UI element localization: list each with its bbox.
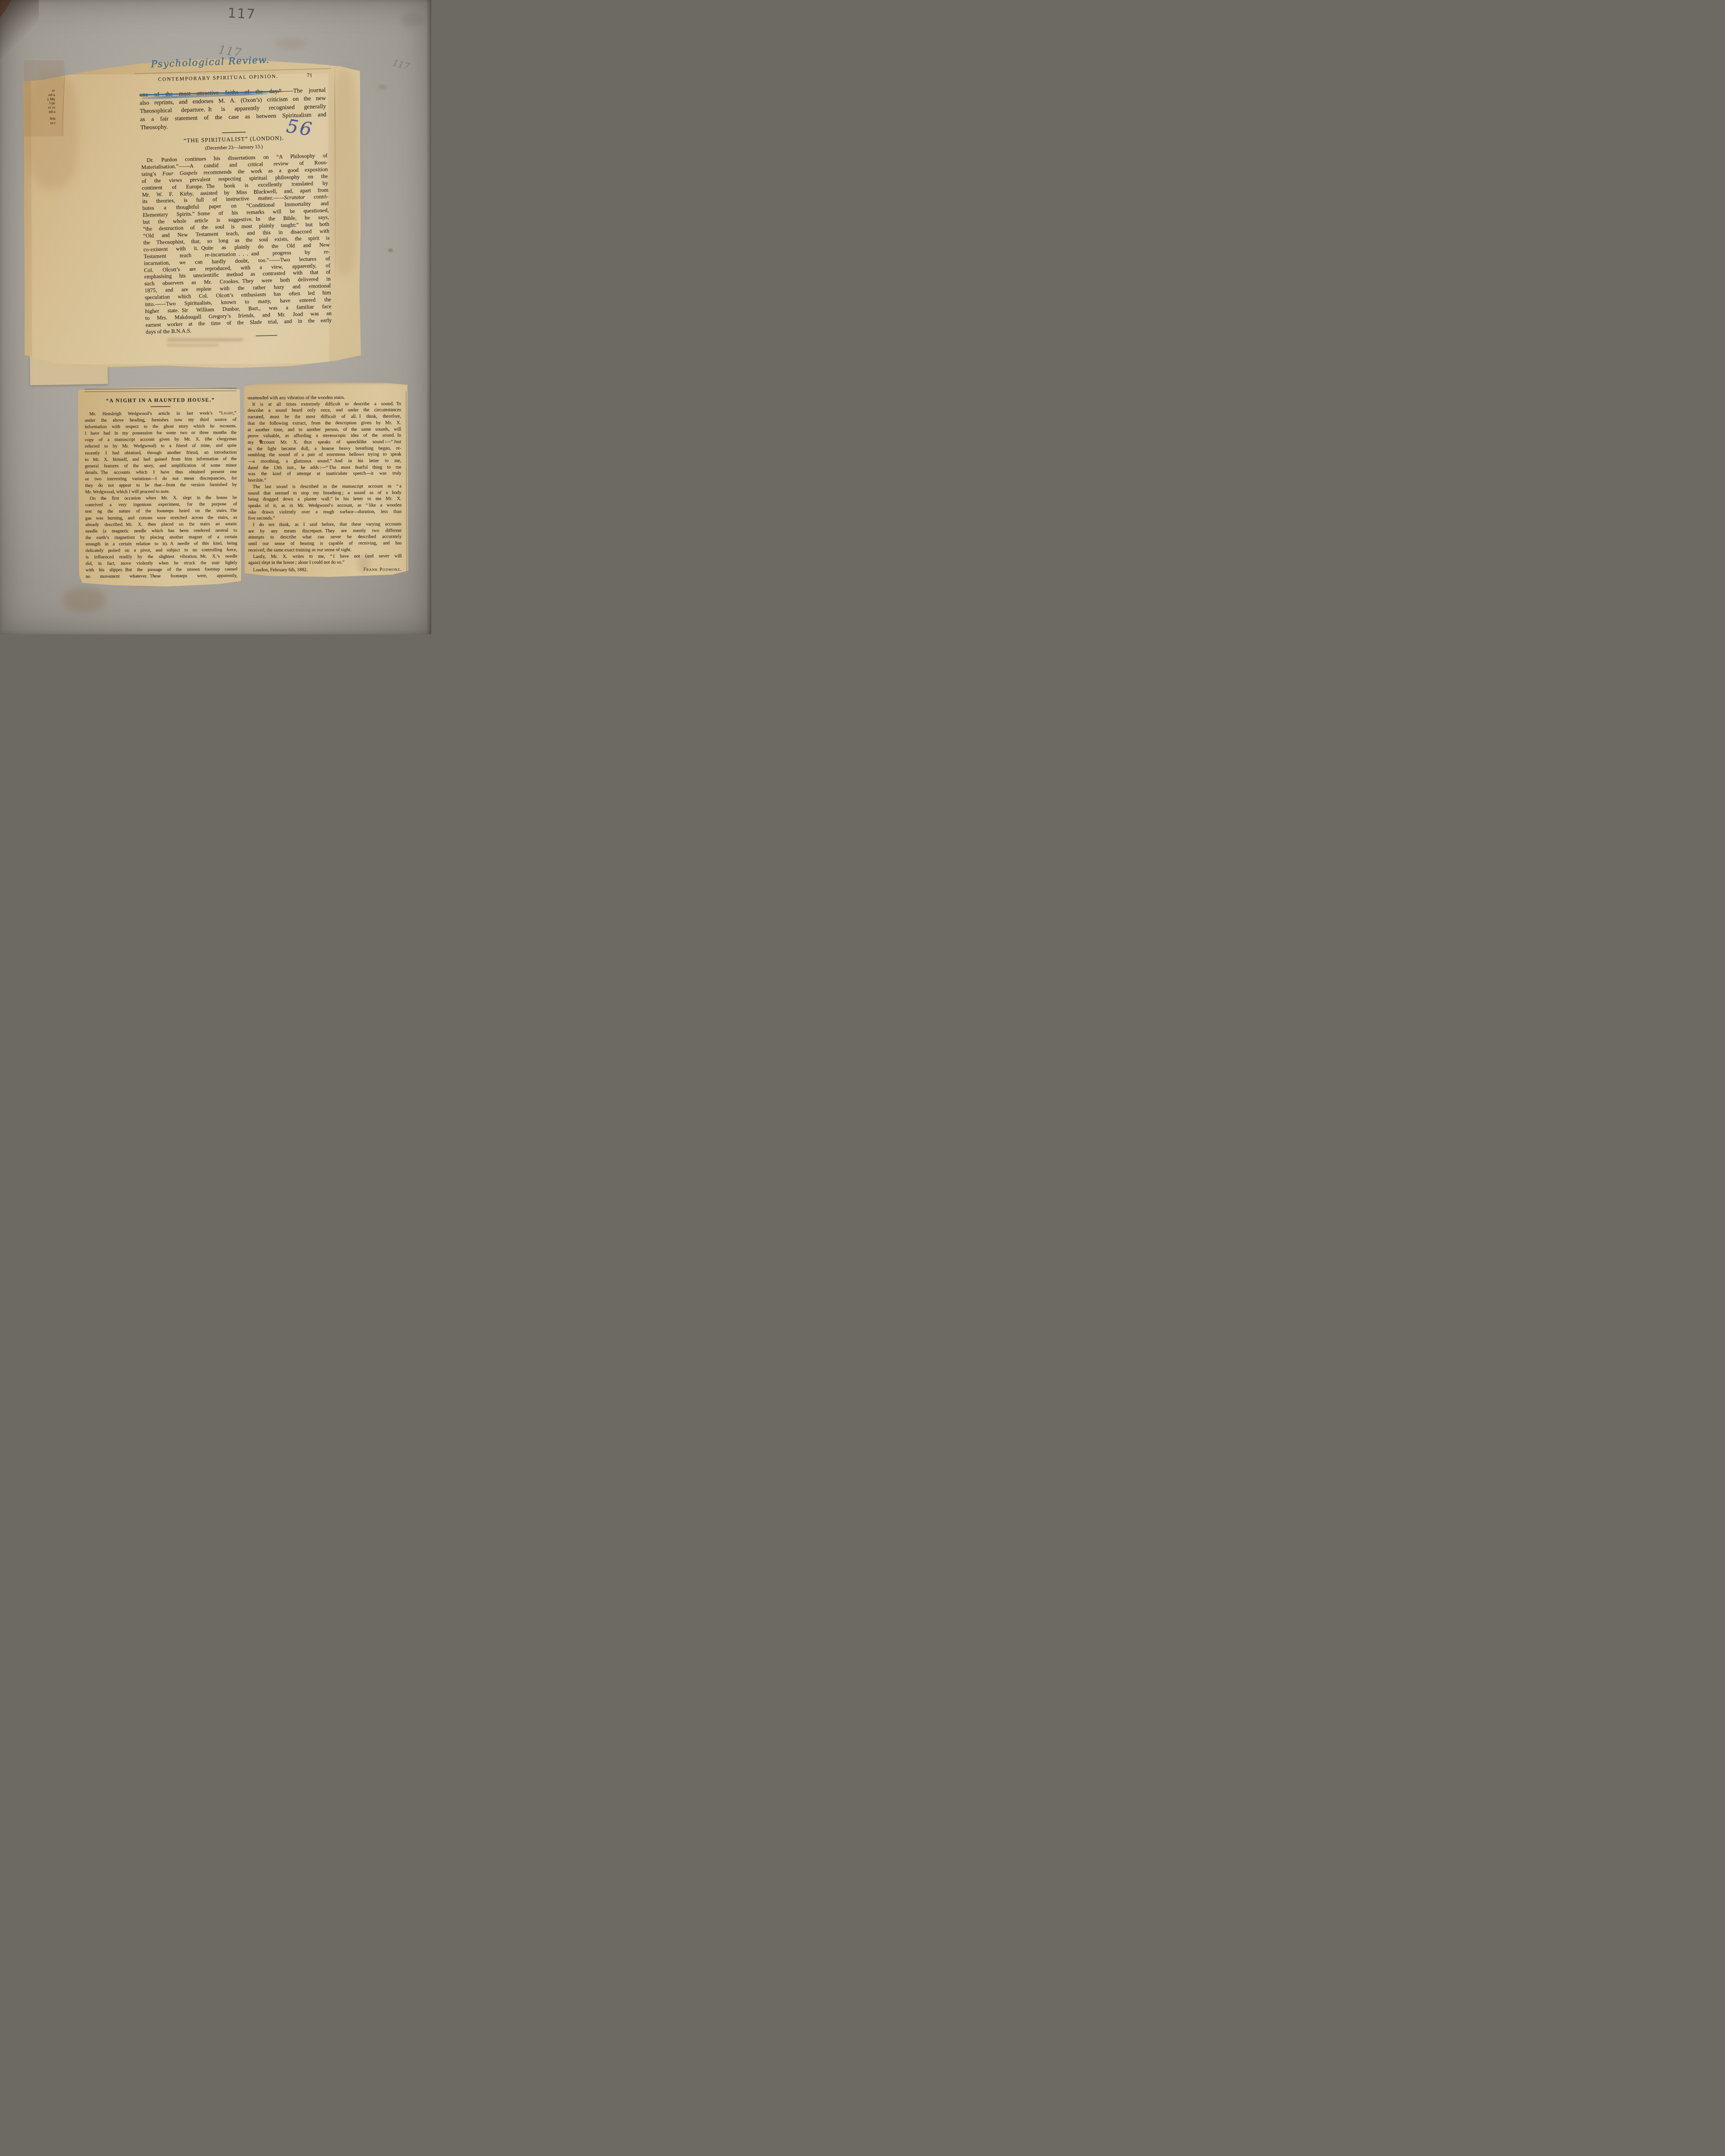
stain: [401, 13, 423, 27]
text-line: as the light became dull, a hoarse heavy…: [248, 445, 401, 452]
text-line: again) slept in the house ; alone I coul…: [248, 559, 402, 566]
scrapbook-page-photo: ernd-ay Mu5 peer cend-abrises r CONTEMPO…: [0, 0, 431, 634]
article-footer: London, February 6th, 1882. Frank Podmor…: [248, 567, 402, 573]
text-line: gas was burning, and cottons were stretc…: [85, 514, 237, 521]
text-line: dated the 13th inst., he adds :—“ The mo…: [248, 464, 401, 471]
upper-clipping-text: CONTEMPORARY SPIRITUAL OPINION. 71 one o…: [139, 69, 332, 339]
text-line: no movement whatever. These footsteps we…: [86, 573, 238, 580]
text-line: speaks of it, as in Mr. Wedgwood’s accou…: [248, 502, 401, 509]
text-line: describe a sound heard only once, and un…: [248, 407, 401, 414]
article-body: Dr. Purdon continues his dissertations o…: [141, 153, 332, 336]
text-line: unattended with any vibration of the woo…: [248, 394, 401, 401]
running-header: CONTEMPORARY SPIRITUAL OPINION. 71: [139, 72, 325, 83]
stain: [388, 248, 393, 252]
text-line: It is at all times extremely difficult t…: [248, 401, 401, 407]
text-segment: Mr. Hensleigh Wedgwood’s article in last…: [85, 411, 221, 417]
text-line: The last sound is described in the manus…: [248, 483, 401, 490]
printed-page-number: 71: [307, 72, 313, 78]
text-line: five seconds.”: [248, 515, 401, 522]
text-segment: Light: [221, 411, 233, 416]
text-line: narrated, must be the most difficult of …: [248, 414, 401, 420]
handwritten-number-56: 56: [285, 115, 315, 141]
article-heading: “A NIGHT IN A HAUNTED HOUSE.”: [85, 397, 236, 404]
text-line: Lastly, Mr. X. writes to me, “ I have no…: [248, 553, 402, 560]
stain: [63, 587, 105, 612]
text-line: —a mouthing, a glutinous sound.” And in …: [248, 458, 401, 464]
text-segment: ——The journal: [281, 87, 326, 94]
text-segment: taing’s: [141, 170, 163, 177]
article-left-column-body: Mr. Hensleigh Wedgwood’s article in last…: [85, 410, 237, 580]
text-segment: contri-: [305, 194, 329, 200]
text-line: sound that seemed to stop my breathing ;…: [248, 489, 401, 496]
column-rule: [406, 391, 407, 572]
running-header-title: CONTEMPORARY SPIRITUAL OPINION.: [158, 73, 279, 83]
text-line: my account Mr. X. thus speaks of speechl…: [248, 439, 401, 445]
clipped-text-fragments: ernd-ay Mu5 peer cend-abrises r: [25, 88, 55, 125]
text-segment: Scrutator: [284, 194, 305, 201]
handwritten-page-number-corner: 117: [392, 58, 411, 72]
text-line: they do not appear to be that—from the v…: [85, 482, 237, 489]
text-line: that the following extract, from the des…: [248, 420, 401, 426]
text-line: until our sense of hearing is capable of…: [248, 540, 401, 547]
text-line: horrible.”: [248, 477, 401, 484]
article-right-column-body: unattended with any vibration of the woo…: [248, 394, 402, 566]
handwritten-page-number-top: 117: [227, 5, 256, 22]
text-line: recently I had obtained, through another…: [85, 449, 237, 456]
text-line: rake drawn violently over a rough surfac…: [248, 508, 401, 515]
text-line: are by any means discrepant. They are me…: [248, 527, 401, 534]
text-line: sembling the sound of a pair of enormous…: [248, 451, 401, 458]
text-line: already described. Mr. X. then placed on…: [85, 520, 237, 528]
article-signature: Frank Podmore.: [364, 567, 402, 572]
double-rule: [85, 388, 236, 392]
page-edge-shadow: [426, 0, 431, 634]
text-line: attempts to describe what can never be d…: [248, 534, 401, 541]
text-line: at another time, and to another person, …: [248, 426, 401, 433]
haunted-house-right-column: unattended with any vibration of the woo…: [248, 394, 402, 573]
stain: [379, 85, 386, 89]
text-line: es r: [25, 121, 56, 125]
article-dateline: London, February 6th, 1882.: [248, 567, 308, 573]
text-segment: Four Gospels: [162, 169, 197, 176]
text-line: test ng the nature of the footsteps hear…: [85, 508, 237, 515]
text-line: received, the same exact training as our…: [248, 546, 402, 553]
text-line: I do not think, as I said before, that t…: [248, 521, 401, 528]
stain: [276, 38, 306, 49]
text-line: referred to by Mr. Wedgwood) to a friend…: [85, 442, 237, 450]
text-line: prove valuable, as affording a stereosco…: [248, 432, 401, 439]
heading-divider-rule: [151, 406, 170, 407]
text-line: nd-a: [25, 110, 55, 114]
text-line: being dragged down a plaster wall.” In h…: [248, 496, 401, 503]
text-line: was the kind of attempt at inarticulate …: [248, 470, 401, 477]
paper-crease: [335, 62, 336, 277]
section-divider-rule: [222, 132, 245, 133]
text-segment: ,”: [233, 411, 237, 416]
haunted-house-left-column: “A NIGHT IN A HAUNTED HOUSE.” Mr. Hensle…: [85, 388, 238, 580]
